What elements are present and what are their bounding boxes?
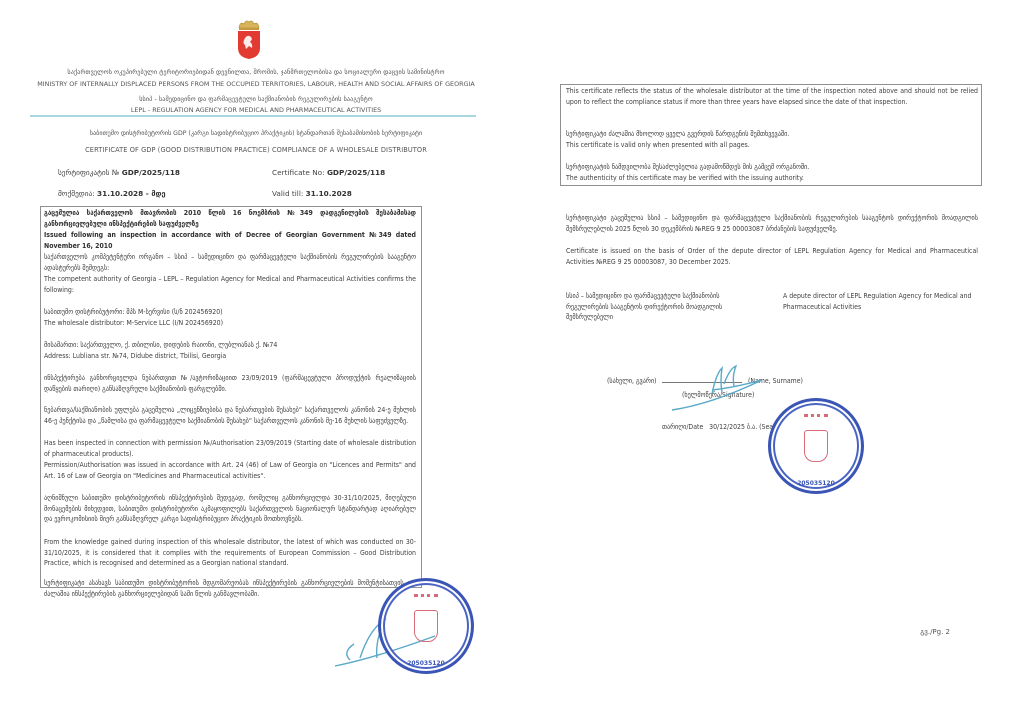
label: Certificate No: — [272, 168, 325, 177]
value: GDP/2025/118 — [122, 168, 180, 177]
seal-number: 205035120 — [771, 480, 861, 487]
official-seal: 205035120 — [768, 398, 864, 494]
compliance-georgian: აღნიშნული საბითუმო დისტრიბუტორის ინსპექტ… — [44, 493, 416, 525]
name-label-georgian: (სახელი, გვარი) — [607, 376, 656, 387]
value: 31.10.2028 — [306, 189, 352, 198]
address-georgian: მისამართი: საქართველო, ქ. თბილისი, დიდუბ… — [44, 340, 416, 351]
valid-till-english: Valid till: 31.10.2028 — [272, 189, 352, 198]
valid-till-georgian: მოქმედია: 31.10.2028 - მდე — [58, 189, 166, 198]
agency-name-english: LEPL - REGULATION AGENCY FOR MEDICAL AND… — [0, 106, 512, 114]
permission-basis-georgian: ნებართვა/საქმიანობის უფლება გაცემულია „ლ… — [44, 405, 416, 426]
authenticity-georgian: სერტიფიკატის ნამდვილობა შესაძლებელია გად… — [566, 162, 978, 173]
distributor-english: The wholesale distributor: M-Service LLC… — [44, 318, 416, 329]
certificate-title-english: CERTIFICATE OF GDP (GOOD DISTRIBUTION PR… — [0, 146, 512, 154]
permission-basis-english: Permission/Authorisation was issued in a… — [44, 460, 416, 481]
seal-crown-icon — [804, 414, 828, 427]
date-label: თარიღი/Date — [662, 423, 703, 431]
certificate-page-1: საქართველოს ოკუპირებული ტერიტორიებიდან დ… — [0, 0, 512, 704]
issued-basis-english: Issued following an inspection in accord… — [44, 230, 416, 251]
inspection-scope-georgian: ინსპექტირება განხორციელდა ნებართვით №/ავ… — [44, 373, 416, 394]
seal-shield-icon — [414, 610, 438, 642]
certificate-number-english: Certificate No: GDP/2025/118 — [272, 168, 385, 177]
certificate-title-georgian: საბითუმო დისტრიბუტორის GDP (კარგი სადისტ… — [0, 130, 512, 137]
seal-shield-icon — [804, 430, 828, 462]
order-basis-english: Certificate is issued on the basis of Or… — [566, 246, 978, 267]
header-divider — [30, 115, 476, 117]
status-note-georgian: სერტიფიკატი ასახავს საბითუმო დისტრიბუტორ… — [44, 578, 416, 599]
value: 31.10.2028 - მდე — [97, 189, 166, 198]
compliance-english: From the knowledge gained during inspect… — [44, 537, 416, 569]
date-value: 30/12/2025 — [709, 423, 745, 431]
authority-english: The competent authority of Georgia – LEP… — [44, 274, 416, 295]
authenticity-english: The authenticity of this certificate may… — [566, 173, 978, 184]
order-basis-georgian: სერტიფიკატი გაცემულია სსიპ – სამედიცინო … — [566, 213, 978, 234]
authority-georgian: საქართველოს კომპეტენტური ორგანო – სსიპ –… — [44, 252, 416, 273]
distributor-georgian: საბითუმო დისტრიბუტორი: შპს M-სერვისი (ს/… — [44, 307, 416, 318]
signatory-english: A depute director of LEPL Regulation Age… — [783, 291, 973, 312]
date-field: თარიღი/Date 30/12/2025 ბ.ა. (Seal) — [662, 422, 777, 433]
address-english: Address: Lubliana str. №74, Didube distr… — [44, 351, 416, 362]
seal-number: 205035120 — [381, 660, 471, 667]
certificate-number-georgian: სერტიფიკატის № GDP/2025/118 — [58, 168, 180, 177]
issued-basis-georgian: გაცემულია საქართველოს მთავრობის 2010 წლი… — [44, 208, 416, 229]
valid-all-pages-georgian: სერტიფიკატი ძალაშია მხოლოდ ყველა გვერდის… — [566, 129, 978, 140]
inspected-english: Has been inspected in connection with pe… — [44, 438, 416, 459]
seal-crown-icon — [414, 594, 438, 607]
ministry-name-georgian: საქართველოს ოკუპირებული ტერიტორიებიდან დ… — [0, 69, 512, 76]
official-seal: 205035120 — [378, 578, 474, 674]
label: Valid till: — [272, 189, 303, 198]
label: სერტიფიკატის № — [58, 168, 119, 177]
value: GDP/2025/118 — [327, 168, 385, 177]
signature-scribble — [662, 364, 772, 414]
label: მოქმედია: — [58, 189, 95, 198]
ministry-name-english: MINISTRY OF INTERNALLY DISPLACED PERSONS… — [0, 80, 512, 88]
signatory-georgian: სსიპ – სამედიცინო და ფარმაცევტული საქმია… — [566, 291, 751, 323]
reflects-status-english: This certificate reflects the status of … — [566, 86, 978, 107]
valid-all-pages-english: This certificate is valid only when pres… — [566, 140, 978, 151]
agency-name-georgian: სსიპ - სამედიცინო და ფარმაცევტული საქმია… — [0, 96, 512, 103]
certificate-page-2: This certificate reflects the status of … — [512, 0, 1024, 704]
georgia-coat-of-arms-icon — [236, 18, 262, 60]
page-number: გვ./Pg. 2 — [920, 628, 950, 636]
